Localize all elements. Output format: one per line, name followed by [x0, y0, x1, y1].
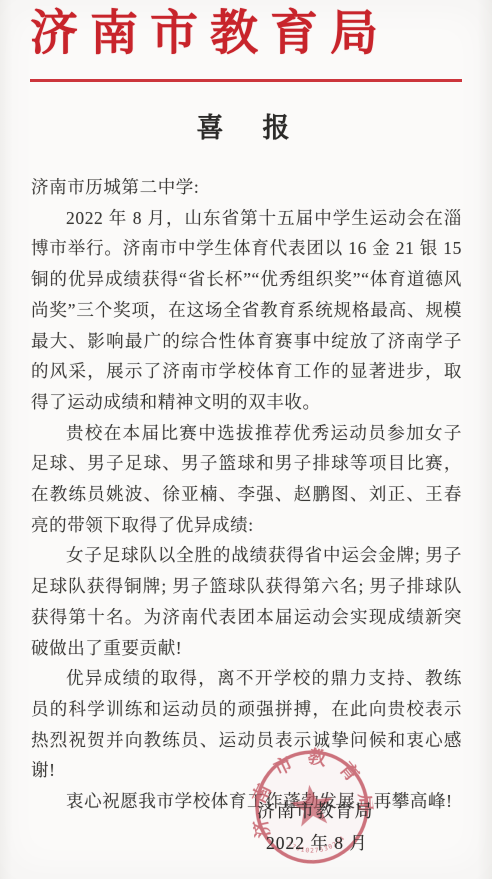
masthead-divider-rule — [30, 79, 462, 82]
letter-body: 济南市历城第二中学: 2022 年 8 月，山东省第十五届中学生运动会在淄博市举… — [31, 172, 462, 817]
document-title: 喜 报 — [0, 106, 492, 145]
letter-page: 济 南 市 教 育 局 喜 报 济南市历城第二中学: 2022 年 8 月，山东… — [0, 0, 492, 879]
masthead-org-name: 济 南 市 教 育 局 — [30, 4, 462, 64]
paragraph: 衷心祝愿我市学校体育工作蓬勃发展、再攀高峰! — [31, 786, 462, 817]
signature-date: 2022 年 8 月 — [266, 830, 368, 855]
paragraph: 2022 年 8 月，山东省第十五届中学生运动会在淄博市举行。济南市中学生体育代… — [31, 203, 462, 418]
salutation: 济南市历城第二中学: — [31, 172, 462, 203]
signature-org: 济南市教育局 — [257, 797, 374, 823]
paragraph: 贵校在本届比赛中选拔推荐优秀运动员参加女子足球、男子足球、男子篮球和男子排球等项… — [31, 418, 462, 541]
paragraph: 女子足球队以全胜的战绩获得省中运会金牌; 男子足球队获得铜牌; 男子篮球队获得第… — [31, 540, 462, 663]
